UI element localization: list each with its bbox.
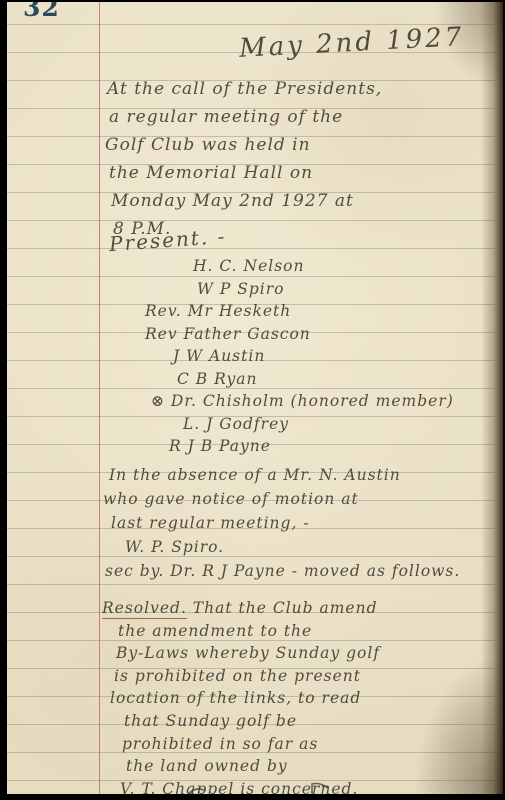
minutes-line: Golf Club was held in [105, 131, 382, 159]
minutes-line: who gave notice of motion at [103, 487, 460, 511]
attendee: J W Austin [173, 345, 454, 368]
minutes-line: In the absence of a Mr. N. Austin [109, 463, 460, 487]
ledger-scan: 32 May 2nd 1927 At the call of the Presi… [0, 0, 505, 800]
minutes-line: W. P. Spiro. [125, 535, 460, 559]
attendee-list: H. C. Nelson W P Spiro Rev. Mr Hesketh R… [135, 255, 454, 458]
minutes-line: sec by. Dr. R J Payne - moved as follows… [105, 559, 460, 583]
resolution-paragraph: Resolved. That the Club amend the amendm… [102, 597, 380, 794]
minutes-line: By-Laws whereby Sunday golf [116, 642, 380, 665]
attendee: H. C. Nelson [193, 255, 454, 278]
ledger-page: 32 May 2nd 1927 At the call of the Presi… [7, 2, 503, 794]
attendee: R J B Payne [169, 435, 454, 458]
minutes-line: prohibited in so far as [122, 733, 380, 756]
minutes-line: is prohibited on the present [114, 665, 380, 688]
minutes-line: the land owned by [126, 755, 380, 778]
resolved-keyword: Resolved. [102, 599, 187, 619]
minutes-line: that Sunday golf be [124, 710, 380, 733]
attendee: ⊗ Dr. Chisholm (honored member) [151, 390, 454, 413]
motion-paragraph: In the absence of a Mr. N. Austin who ga… [103, 463, 460, 583]
minutes-line: last regular meeting, - [111, 511, 460, 535]
minutes-line: At the call of the Presidents, [107, 75, 382, 103]
minutes-line: Resolved. That the Club amend [102, 597, 380, 620]
margin-rule [99, 2, 100, 794]
attendee: W P Spiro [197, 278, 454, 301]
page-number: 32 [23, 2, 60, 22]
minutes-line: location of the links, to read [110, 687, 380, 710]
resolved-first-line: That the Club amend [187, 599, 378, 617]
attendee: Rev Father Gascon [145, 323, 454, 346]
minutes-line: the amendment to the [118, 620, 380, 643]
minutes-line: the Memorial Hall on [109, 159, 382, 187]
minutes-line: Monday May 2nd 1927 at [111, 187, 382, 215]
attendee: L. J Godfrey [183, 413, 454, 436]
opening-paragraph: At the call of the Presidents, a regular… [107, 75, 382, 243]
page-edge-shadow [481, 2, 503, 794]
cut-off-pen-strokes [182, 782, 362, 794]
minutes-line: a regular meeting of the [109, 103, 382, 131]
attendee: Rev. Mr Hesketh [145, 300, 454, 323]
attendee: C B Ryan [177, 368, 454, 391]
